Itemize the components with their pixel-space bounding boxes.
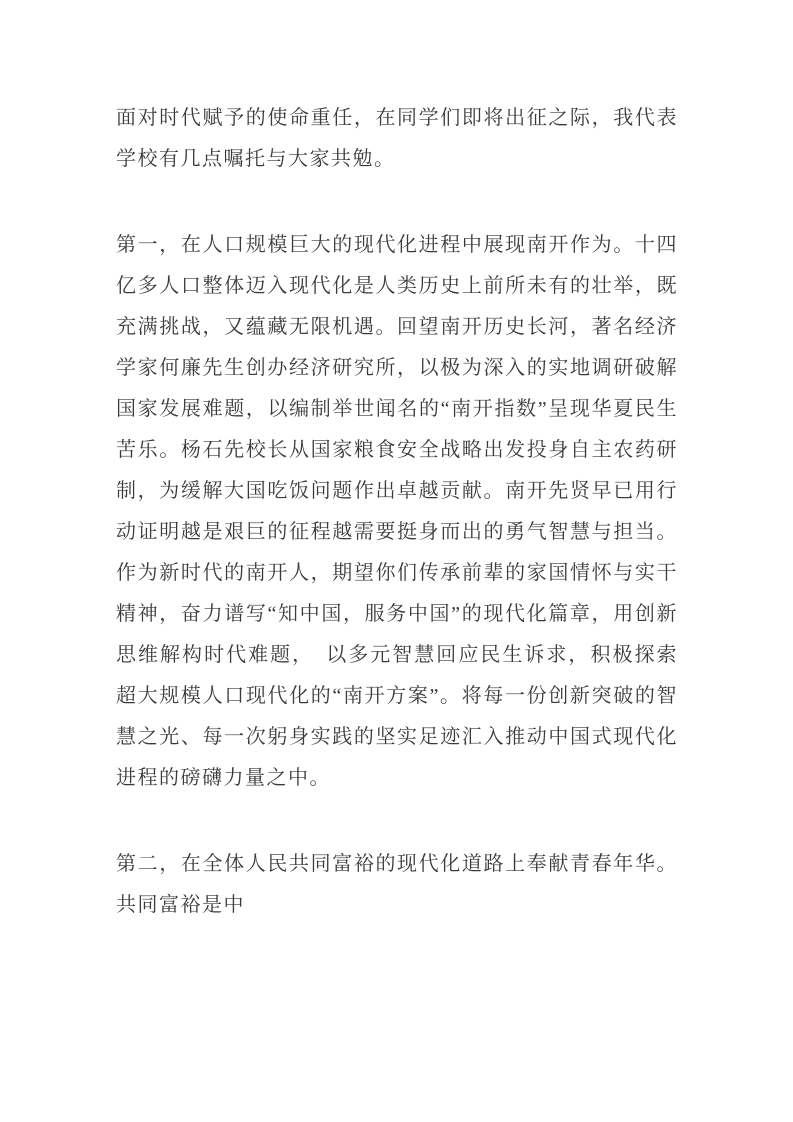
paragraph-intro: 面对时代赋予的使命重任，在同学们即将出征之际，我代表学校有几点嘱托与大家共勉。 [116,98,678,180]
paragraph-first-point: 第一，在人口规模巨大的现代化进程中展现南开作为。十四亿多人口整体迈入现代化是人类… [116,225,678,799]
paragraph-second-point: 第二，在全体人民共同富裕的现代化道路上奉献青春年华。共同富裕是中 [116,844,678,926]
document-body: { "page": { "background_color": "#ffffff… [0,0,793,1122]
document-page: 面对时代赋予的使命重任，在同学们即将出征之际，我代表学校有几点嘱托与大家共勉。 … [0,0,793,1122]
